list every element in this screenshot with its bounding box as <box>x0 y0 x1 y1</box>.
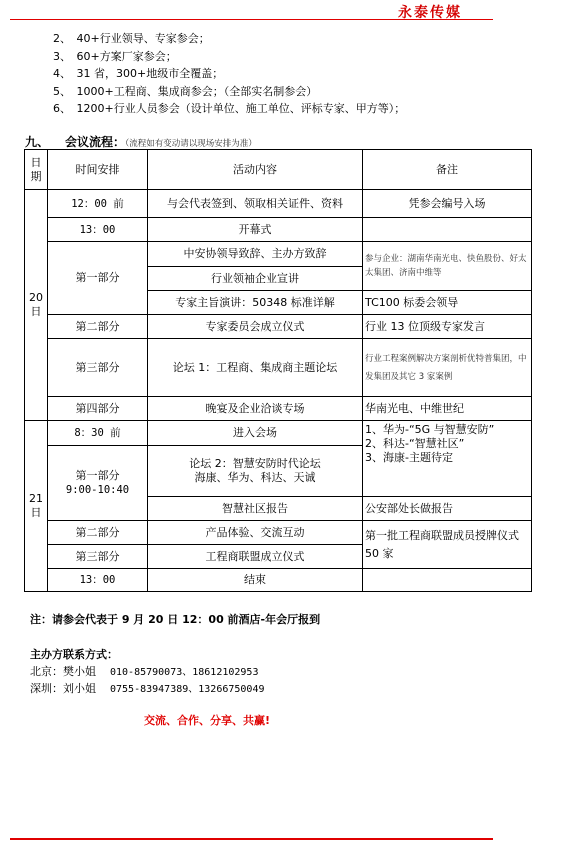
notes-cell: 第一批工程商联盟成员授牌仪式 50 家 <box>363 521 532 569</box>
table-row: 第一部分 中安协领导致辞、主办方致辞 参与企业：湖南华南光电、快鱼股份、好太太集… <box>25 242 532 267</box>
list-item-number: 2、 <box>53 30 73 48</box>
activity-cell: 开幕式 <box>148 218 363 242</box>
notes-cell-forum-topics: 1、华为-“5G 与智慧安防” 2、科达-“智慧社区” 3、海康-主题待定 <box>363 421 532 497</box>
time-cell: 第四部分 <box>48 397 148 421</box>
table-row: 第二部分 产品体验、交流互动 第一批工程商联盟成员授牌仪式 50 家 <box>25 521 532 545</box>
contact-phone: 010-85790073、18612102953 <box>110 667 258 678</box>
activity-cell: 产品体验、交流互动 <box>148 521 363 545</box>
table-row: 21日 8：30 前 进入会场 1、华为-“5G 与智慧安防” 2、科达-“智慧… <box>25 421 532 446</box>
list-item: 3、 60+方案厂家参会； <box>53 48 405 66</box>
notes-cell: TC100 标委会领导 <box>363 291 532 315</box>
table-row: 第三部分 论坛 1：工程商、集成商主题论坛 行业工程案例解决方案剖析优特普集团，… <box>25 339 532 397</box>
time-part-label: 第一部分 <box>50 469 145 483</box>
list-item: 4、 31 省，300+地级市全覆盖； <box>53 65 405 83</box>
contact-shenzhen: 深圳：刘小姐0755-83947389、13266750049 <box>30 680 265 696</box>
section-number: 九、 <box>25 133 65 150</box>
time-cell: 第三部分 <box>48 545 148 569</box>
list-item: 2、 40+行业领导、专家参会； <box>53 30 405 48</box>
time-cell: 13：00 <box>48 218 148 242</box>
table-row: 第二部分 专家委员会成立仪式 行业 13 位顶级专家发言 <box>25 315 532 339</box>
time-range: 9:00-10:40 <box>50 483 145 497</box>
notes-cell: 公安部处长做报告 <box>363 497 532 521</box>
notes-cell: 凭参会编号入场 <box>363 190 532 218</box>
header-divider <box>10 19 493 20</box>
table-header-row: 日期 时间安排 活动内容 备注 <box>25 150 532 190</box>
forum-topic: 1、华为-“5G 与智慧安防” <box>365 423 529 437</box>
activity-cell: 晚宴及企业洽谈专场 <box>148 397 363 421</box>
date-cell: 20日 <box>25 190 48 421</box>
time-cell: 8：30 前 <box>48 421 148 446</box>
list-item-number: 5、 <box>53 83 73 101</box>
list-item-text: 60+方案厂家参会； <box>77 50 177 63</box>
activity-cell: 工程商联盟成立仪式 <box>148 545 363 569</box>
slogan: 交流、合作、分享、共赢! <box>144 712 270 728</box>
notes-cell: 行业工程案例解决方案剖析优特普集团，中发集团及其它 3 家案例 <box>363 339 532 397</box>
activity-cell: 进入会场 <box>148 421 363 446</box>
forum-topic: 3、海康-主题待定 <box>365 451 529 465</box>
footer-divider <box>10 838 493 840</box>
notes-cell: 行业 13 位顶级专家发言 <box>363 315 532 339</box>
activity-line: 海康、华为、科达、天诚 <box>150 471 360 485</box>
list-item-number: 4、 <box>53 65 73 83</box>
activity-cell: 中安协领导致辞、主办方致辞 <box>148 242 363 267</box>
contact-phone: 0755-83947389、13266750049 <box>110 684 265 695</box>
activity-cell: 与会代表签到、领取相关证件、资料 <box>148 190 363 218</box>
header-time: 时间安排 <box>48 150 148 190</box>
list-item-text: 31 省，300+地级市全覆盖； <box>77 67 224 80</box>
time-cell: 第二部分 <box>48 315 148 339</box>
contact-heading: 主办方联系方式： <box>30 646 118 662</box>
section-note: （流程如有变动请以现场安排为准） <box>125 139 257 149</box>
forum-topic: 2、科达-“智慧社区” <box>365 437 529 451</box>
contact-label: 北京：樊小姐 <box>30 665 96 678</box>
header-activity: 活动内容 <box>148 150 363 190</box>
notes-cell: 参与企业：湖南华南光电、快鱼股份、好太太集团、济南中维等 <box>363 242 532 291</box>
activity-cell: 论坛 1：工程商、集成商主题论坛 <box>148 339 363 397</box>
table-row: 第四部分 晚宴及企业洽谈专场 华南光电、中维世纪 <box>25 397 532 421</box>
activity-cell: 专家委员会成立仪式 <box>148 315 363 339</box>
table-row: 13：00 结束 <box>25 569 532 592</box>
time-cell: 第三部分 <box>48 339 148 397</box>
list-item: 6、 1200+行业人员参会（设计单位、施工单位、评标专家、甲方等）； <box>53 100 405 118</box>
list-item-text: 1000+工程商、集成商参会；（全部实名制参会） <box>77 85 318 98</box>
activity-line: 论坛 2：智慧安防时代论坛 <box>150 457 360 471</box>
notes-cell: 华南光电、中维世纪 <box>363 397 532 421</box>
time-cell: 12：00 前 <box>48 190 148 218</box>
activity-cell: 结束 <box>148 569 363 592</box>
date-cell: 21日 <box>25 421 48 592</box>
time-cell: 第一部分 9:00-10:40 <box>48 446 148 521</box>
list-item: 5、 1000+工程商、集成商参会；（全部实名制参会） <box>53 83 405 101</box>
list-item-text: 1200+行业人员参会（设计单位、施工单位、评标专家、甲方等）； <box>77 102 406 115</box>
table-row: 13：00 开幕式 <box>25 218 532 242</box>
time-cell: 第二部分 <box>48 521 148 545</box>
list-item-number: 6、 <box>53 100 73 118</box>
activity-cell: 专家主旨演讲：50348 标准详解 <box>148 291 363 315</box>
activity-cell: 智慧社区报告 <box>148 497 363 521</box>
header-date: 日期 <box>25 150 48 190</box>
registration-notice: 注：请参会代表于 9 月 20 日 12：00 前酒店-年会厅报到 <box>30 611 320 627</box>
notes-cell <box>363 569 532 592</box>
contact-label: 深圳：刘小姐 <box>30 682 96 695</box>
time-cell: 13：00 <box>48 569 148 592</box>
notes-cell <box>363 218 532 242</box>
section-heading: 九、会议流程：（流程如有变动请以现场安排为准） <box>25 133 257 150</box>
activity-cell: 行业领袖企业宣讲 <box>148 267 363 291</box>
highlights-list: 2、 40+行业领导、专家参会； 3、 60+方案厂家参会； 4、 31 省，3… <box>53 30 405 118</box>
section-title: 会议流程： <box>65 135 125 149</box>
contact-beijing: 北京：樊小姐010-85790073、18612102953 <box>30 663 258 679</box>
list-item-number: 3、 <box>53 48 73 66</box>
activity-cell: 论坛 2：智慧安防时代论坛 海康、华为、科达、天诚 <box>148 446 363 497</box>
schedule-table: 日期 时间安排 活动内容 备注 20日 12：00 前 与会代表签到、领取相关证… <box>24 149 532 592</box>
header-notes: 备注 <box>363 150 532 190</box>
time-cell: 第一部分 <box>48 242 148 315</box>
table-row: 20日 12：00 前 与会代表签到、领取相关证件、资料 凭参会编号入场 <box>25 190 532 218</box>
list-item-text: 40+行业领导、专家参会； <box>77 32 210 45</box>
